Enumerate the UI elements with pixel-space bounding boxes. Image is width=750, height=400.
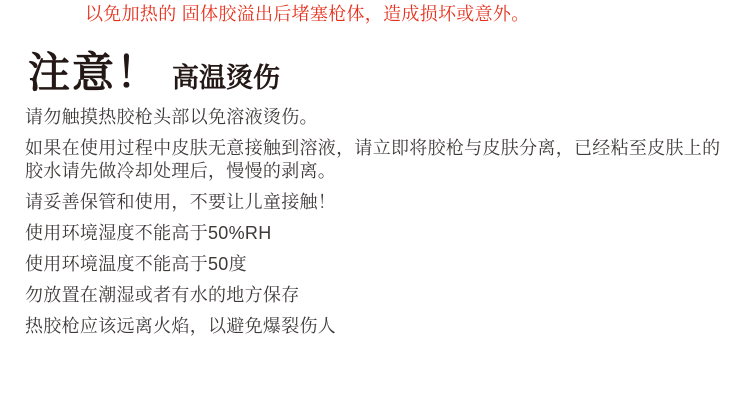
warning-line: 胶水请先做冷却处理后，慢慢的剥离。 <box>25 160 750 183</box>
warning-item-flame: 热胶枪应该远离火焰，以避免爆裂伤人 <box>25 315 750 338</box>
warning-item-temperature: 使用环境温度不能高于50度 <box>25 253 750 276</box>
warning-item-children: 请妥善保管和使用，不要让儿童接触！ <box>25 191 750 214</box>
warning-line: 热胶枪应该远离火焰，以避免爆裂伤人 <box>25 315 750 338</box>
warning-line: 使用环境温度不能高于50度 <box>25 253 750 276</box>
warning-line: 勿放置在潮湿或者有水的地方保存 <box>25 284 750 307</box>
overflow-warning-text: 以免加热的 固体胶溢出后堵塞枪体，造成损坏或意外。 <box>85 0 750 24</box>
warning-line: 请勿触摸热胶枪头部以免溶液烫伤。 <box>25 106 750 129</box>
warning-item-humidity: 使用环境湿度不能高于50%RH <box>25 222 750 245</box>
warning-item-skin-contact: 如果在使用过程中皮肤无意接触到溶液，请立即将胶枪与皮肤分离，已经粘至皮肤上的 胶… <box>25 137 750 183</box>
warning-item-storage: 勿放置在潮湿或者有水的地方保存 <box>25 284 750 307</box>
warning-item-touch: 请勿触摸热胶枪头部以免溶液烫伤。 <box>25 106 750 129</box>
heading-title: 注意！ <box>28 50 160 96</box>
warning-line: 请妥善保管和使用，不要让儿童接触！ <box>25 191 750 214</box>
warning-list: 请勿触摸热胶枪头部以免溶液烫伤。 如果在使用过程中皮肤无意接触到溶液，请立即将胶… <box>25 106 750 338</box>
heading-subtitle: 高温烫伤 <box>172 55 280 101</box>
warning-line: 如果在使用过程中皮肤无意接触到溶液，请立即将胶枪与皮肤分离，已经粘至皮肤上的 <box>25 137 750 160</box>
warning-line: 使用环境湿度不能高于50%RH <box>25 222 750 245</box>
section-heading: 注意！ 高温烫伤 <box>28 50 750 96</box>
product-warning-section: 以免加热的 固体胶溢出后堵塞枪体，造成损坏或意外。 注意！ 高温烫伤 请勿触摸热… <box>0 0 750 400</box>
